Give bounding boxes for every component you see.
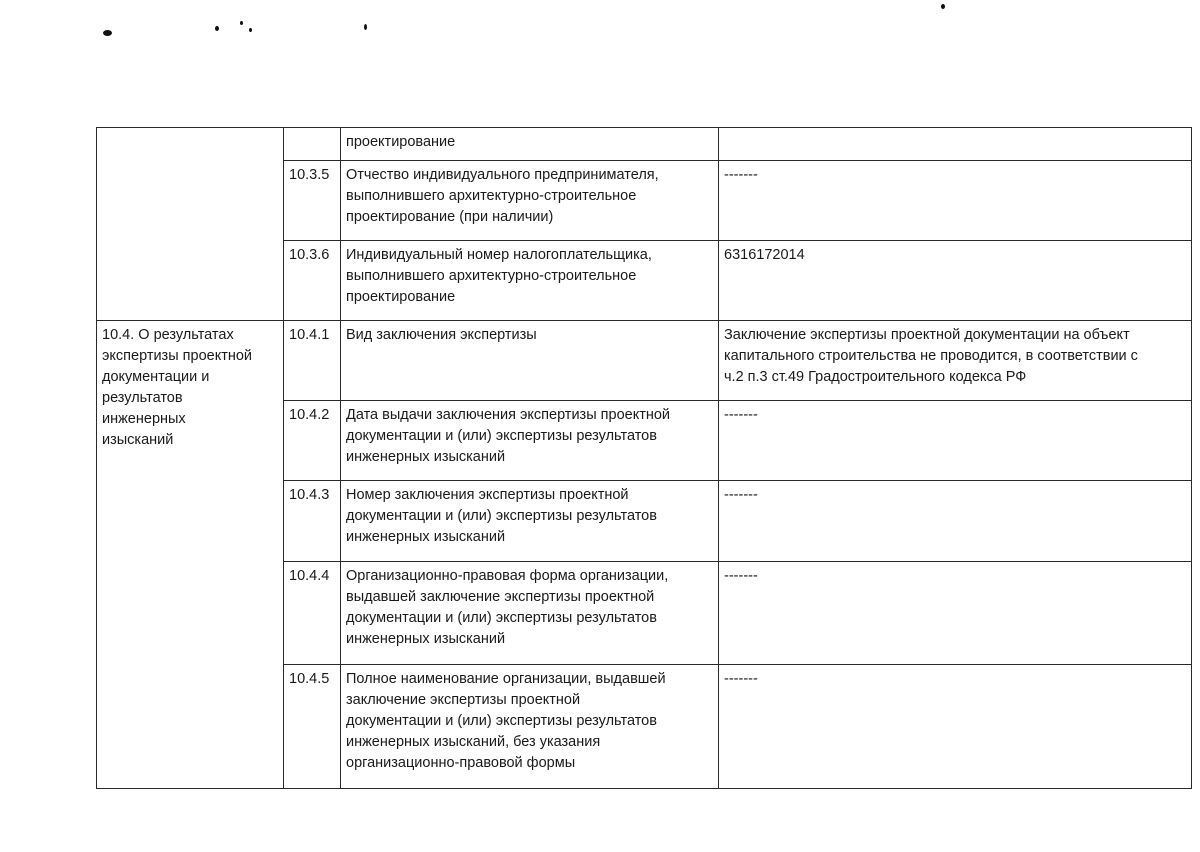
- item-description: проектирование: [341, 128, 719, 161]
- scan-speck: [240, 21, 243, 25]
- item-description: Номер заключения экспертизы проектной до…: [341, 481, 719, 562]
- item-description: Организационно-правовая форма организаци…: [341, 562, 719, 665]
- document-table: проектирование 10.3.5 Отчество индивидуа…: [96, 127, 1192, 789]
- item-number: 10.3.5: [284, 161, 341, 241]
- item-description: Полное наименование организации, выдавше…: [341, 665, 719, 789]
- item-number: 10.4.2: [284, 401, 341, 481]
- scan-speck: [364, 24, 367, 30]
- item-number: 10.3.6: [284, 241, 341, 321]
- item-description: Вид заключения экспертизы: [341, 321, 719, 401]
- table-row: проектирование: [97, 128, 1192, 161]
- scan-speck: [103, 30, 112, 36]
- scan-speck: [215, 26, 219, 31]
- item-value: [719, 128, 1192, 161]
- item-number: 10.4.1: [284, 321, 341, 401]
- item-number: 10.4.4: [284, 562, 341, 665]
- item-value: -------: [719, 665, 1192, 789]
- item-value: Заключение экспертизы проектной документ…: [719, 321, 1192, 401]
- item-description: Индивидуальный номер налогоплательщика, …: [341, 241, 719, 321]
- item-value: -------: [719, 481, 1192, 562]
- scan-speck: [941, 4, 945, 9]
- item-number: [284, 128, 341, 161]
- section-cell: [97, 128, 284, 321]
- item-description: Дата выдачи заключения экспертизы проект…: [341, 401, 719, 481]
- item-value: 6316172014: [719, 241, 1192, 321]
- table-row: 10.4. О результатах экспертизы проектной…: [97, 321, 1192, 401]
- section-cell: 10.4. О результатах экспертизы проектной…: [97, 321, 284, 789]
- item-number: 10.4.3: [284, 481, 341, 562]
- item-value: -------: [719, 401, 1192, 481]
- item-value: -------: [719, 161, 1192, 241]
- item-description: Отчество индивидуального предпринимателя…: [341, 161, 719, 241]
- scan-speck: [249, 28, 252, 32]
- item-value: -------: [719, 562, 1192, 665]
- item-number: 10.4.5: [284, 665, 341, 789]
